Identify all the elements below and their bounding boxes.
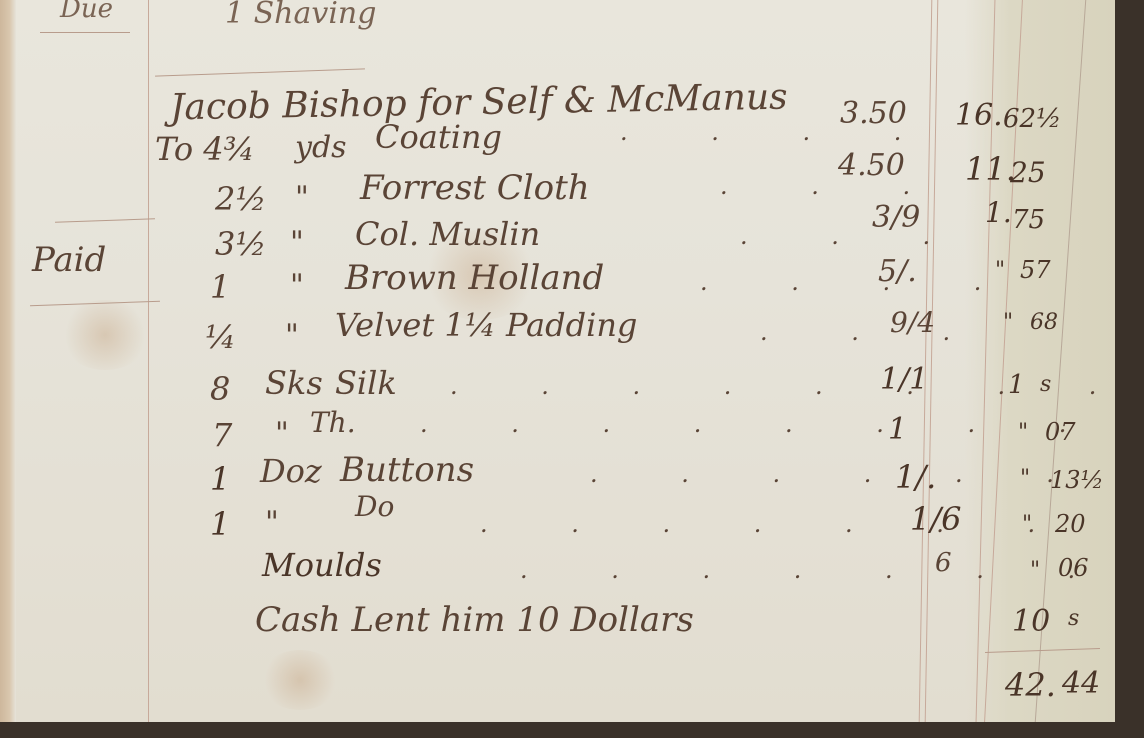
- leader-dots: . . . . . . . . .: [480, 510, 1115, 538]
- item-qty: 3½: [215, 225, 266, 263]
- total-cents: 44: [1062, 666, 1100, 701]
- item-qty: To 4¾: [155, 130, 255, 168]
- leader-dots: . . .: [740, 222, 968, 250]
- item-description: Coating: [375, 118, 502, 156]
- item-description: Buttons: [340, 450, 474, 490]
- item-dollars: 16.: [955, 98, 1003, 133]
- leader-dots: . . . . . . .: [520, 556, 1113, 584]
- paid-status: Paid: [32, 240, 106, 280]
- ink-stain: [60, 300, 150, 370]
- item-unit: yds: [295, 130, 347, 165]
- leader-dots: . . . .: [620, 118, 939, 146]
- page-binding-edge: [0, 0, 16, 722]
- ledger-page: Due 1 Shaving Jacob Bishop for Self & Mc…: [0, 0, 1115, 722]
- item-qty: 1: [210, 505, 230, 543]
- item-dollars: ": [1003, 310, 1013, 335]
- item-description: Col. Muslin: [355, 215, 540, 253]
- item-description: Do: [355, 490, 394, 523]
- item-qty: 8: [210, 370, 230, 408]
- item-qty: ¼: [205, 318, 236, 356]
- item-description: Forrest Cloth: [360, 168, 590, 208]
- leader-dots: . . . . . . . . . .: [450, 372, 1115, 400]
- leader-dots: . . . . . . . . . . .: [420, 410, 1115, 438]
- margin-note: Due: [60, 0, 113, 24]
- item-description: Cash Lent him 10 Dollars: [255, 600, 694, 640]
- total-dollars: 42.: [1005, 666, 1056, 704]
- item-unit: ": [285, 318, 299, 353]
- item-description: Silk: [335, 364, 397, 402]
- item-dollars: 1.: [985, 196, 1012, 229]
- item-qty: 1: [210, 460, 230, 498]
- leader-dots: . . . .: [700, 268, 1019, 296]
- item-unit: ": [275, 416, 289, 451]
- item-description: Brown Holland: [345, 258, 604, 298]
- item-qty: 1: [210, 268, 230, 306]
- item-unit: Doz: [260, 452, 322, 490]
- rule: [40, 32, 130, 33]
- leader-dots: . . .: [760, 318, 988, 346]
- column-rule: [925, 0, 939, 722]
- item-unit: ": [295, 180, 309, 215]
- ink-stain: [260, 650, 340, 710]
- item-unit: ": [290, 268, 304, 303]
- margin-rule: [148, 0, 149, 722]
- leader-dots: . . .: [720, 172, 948, 200]
- rule: [55, 218, 155, 222]
- item-unit: Sks: [265, 364, 323, 402]
- item-qty: 2½: [215, 180, 266, 218]
- item-cents: 68: [1030, 310, 1058, 335]
- item-cents: 75: [1012, 205, 1045, 235]
- item-cents: 62½: [1003, 104, 1061, 134]
- entry-separator: [155, 68, 365, 76]
- item-description: Velvet 1¼ Padding: [335, 306, 637, 344]
- item-cents: 25: [1010, 156, 1046, 189]
- item-dollars: 11.: [965, 150, 1016, 188]
- item-cents: s: [1068, 606, 1079, 631]
- item-dollars: 10: [1012, 604, 1050, 639]
- item-description: Th.: [310, 406, 356, 439]
- item-qty: 7: [212, 416, 232, 454]
- item-cents: 57: [1020, 256, 1051, 284]
- item-unit: ": [265, 505, 279, 540]
- leader-dots: . . . . . . .: [590, 460, 1115, 488]
- previous-entry: 1 Shaving: [225, 0, 376, 31]
- item-unit: ": [290, 225, 304, 260]
- item-description: Moulds: [262, 546, 382, 584]
